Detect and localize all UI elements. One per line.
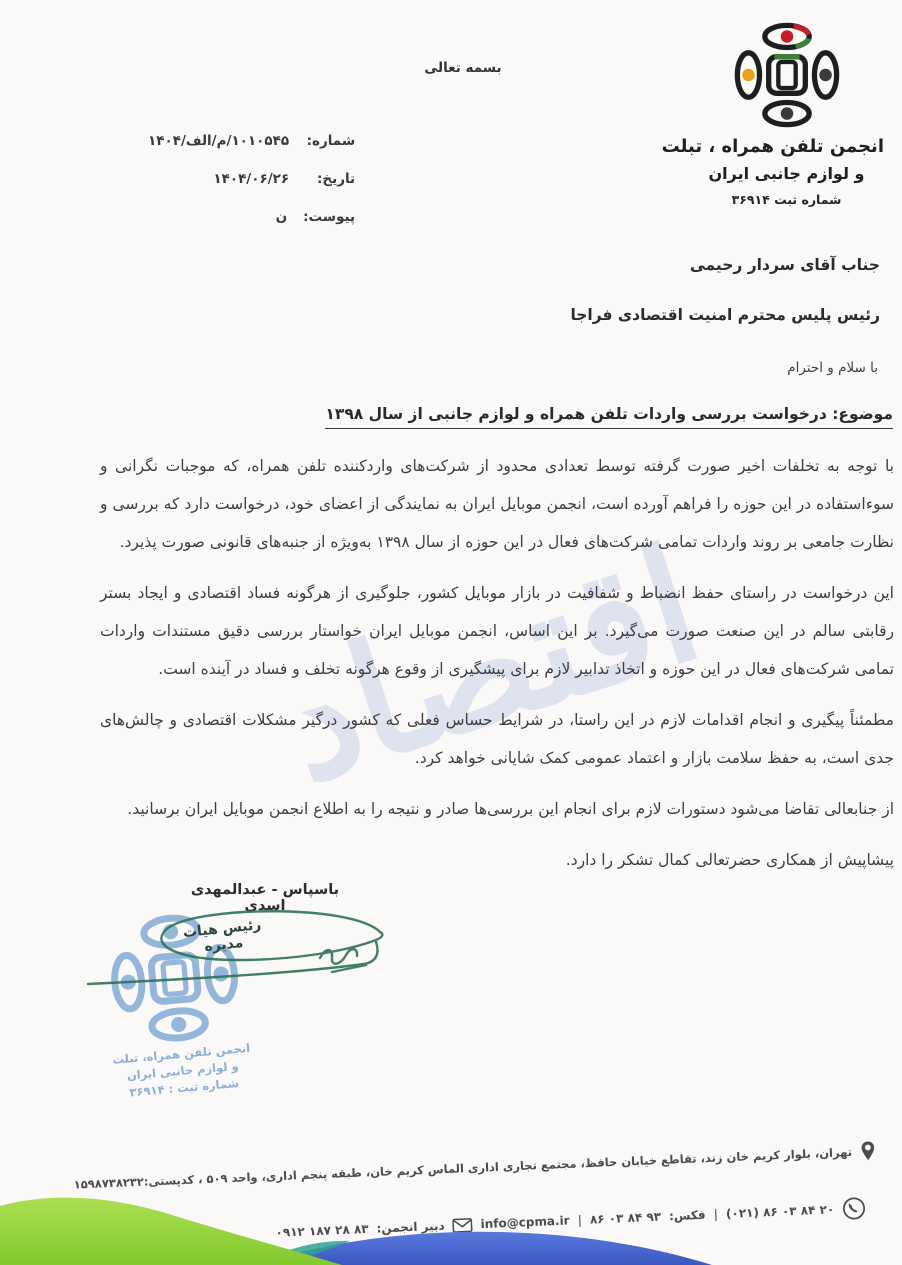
recipient-name: جناب آقای سردار رحیمی — [690, 256, 880, 274]
org-name-line2: و لوازم جانبی ایران — [689, 164, 884, 183]
association-emblem-logo — [731, 22, 843, 128]
letter-content: بسمه تعالی انجمن تلفن هم — [0, 0, 902, 1265]
attachment-value: ن — [276, 209, 288, 225]
footer-wave-decoration — [0, 1186, 902, 1265]
bismillah-text: بسمه تعالی — [398, 60, 528, 76]
number-value: ۱۰۱۰۵۴۵/م/الف/۱۴۰۴ — [148, 133, 289, 149]
paragraph-5: پیشاپیش از همکاری حضرتعالی کمال تشکر را … — [100, 841, 894, 879]
location-pin-icon — [860, 1140, 877, 1162]
paragraph-4: از جنابعالی تقاضا می‌شود دستورات لازم بر… — [100, 790, 894, 828]
number-label: شماره: — [305, 133, 355, 149]
footer-address: تهران، بلوار کریم خان زند، تقاطع خیابان … — [73, 1145, 852, 1192]
paragraph-1: با توجه به تخلفات اخیر صورت گرفته توسط ت… — [100, 447, 894, 561]
letter-body: با توجه به تخلفات اخیر صورت گرفته توسط ت… — [100, 447, 894, 879]
handwritten-signature — [80, 900, 400, 1015]
date-label: تاریخ: — [305, 171, 355, 187]
recipient-title: رئیس پلیس محترم امنیت اقتصادی فراجا — [570, 306, 880, 324]
salutation: با سلام و احترام — [787, 360, 878, 376]
org-name-line1: انجمن تلفن همراه ، تبلت — [689, 136, 884, 157]
letter-meta-block: شماره: ۱۰۱۰۵۴۵/م/الف/۱۴۰۴ تاریخ: ۱۴۰۴/۰۶… — [148, 122, 355, 236]
letter-date-row: تاریخ: ۱۴۰۴/۰۶/۲۶ — [148, 160, 355, 198]
paragraph-3: مطمئناً پیگیری و انجام اقدامات لازم در ا… — [100, 701, 894, 777]
letter-attachment-row: پیوست: ن — [148, 198, 355, 236]
date-value: ۱۴۰۴/۰۶/۲۶ — [213, 171, 289, 187]
paragraph-2: این درخواست در راستای حفظ انضباط و شفافی… — [100, 574, 894, 688]
letterhead: انجمن تلفن همراه ، تبلت و لوازم جانبی ای… — [689, 22, 884, 207]
scanned-letter-page: اقتصاد بسمه تعالی — [0, 0, 902, 1265]
letter-number-row: شماره: ۱۰۱۰۵۴۵/م/الف/۱۴۰۴ — [148, 122, 355, 160]
attachment-label: پیوست: — [303, 209, 355, 225]
subject-line: موضوع: درخواست بررسی واردات تلفن همراه و… — [325, 405, 893, 429]
org-registration-number: شماره ثبت ۳۶۹۱۴ — [689, 192, 884, 207]
